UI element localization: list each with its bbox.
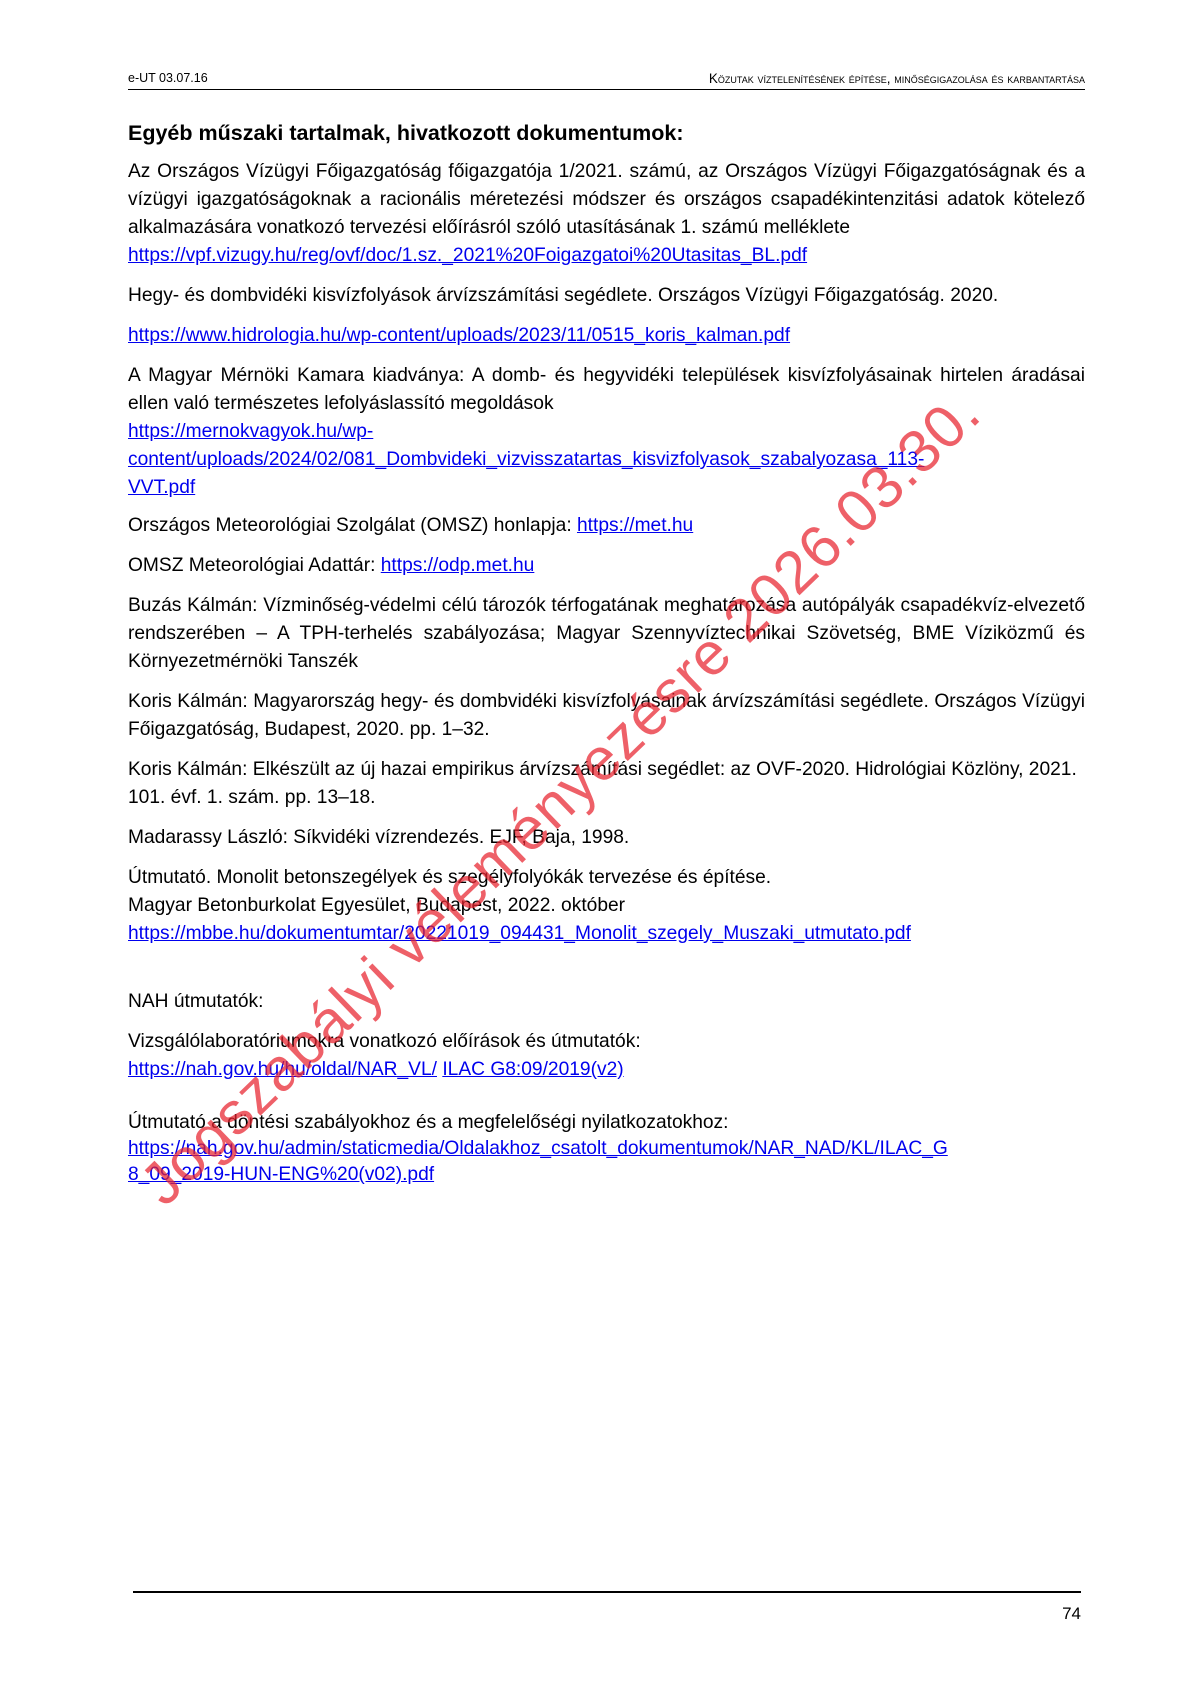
page-number: 74	[1062, 1604, 1081, 1624]
section-title: Egyéb műszaki tartalmak, hivatkozott dok…	[128, 118, 1085, 148]
reference-text: Útmutató. Monolit betonszegélyek és szeg…	[128, 867, 771, 888]
reference-nah-lab: Vizsgálólaboratóriumokra vonatkozó előír…	[128, 1028, 1085, 1084]
spacer	[128, 1096, 1085, 1110]
reference-buzas: Buzás Kálmán: Vízminőség-védelmi célú tá…	[128, 592, 1085, 676]
nah-vl-link[interactable]: https://nah.gov.hu/hu/oldal/NAR_VL/	[128, 1059, 437, 1080]
reference-text: Hegy- és dombvidéki kisvízfolyások árvíz…	[128, 285, 998, 306]
ovf-directive-link[interactable]: https://vpf.vizugy.hu/reg/ovf/doc/1.sz._…	[128, 245, 807, 266]
reference-publisher: Magyar Betonburkolat Egyesület, Budapest…	[128, 895, 625, 916]
omsz-link[interactable]: https://met.hu	[577, 515, 693, 536]
reference-ovf-directive: Az Országos Vízügyi Főigazgatóság főigaz…	[128, 158, 1085, 270]
reference-text: Koris Kálmán: Magyarország hegy- és domb…	[128, 691, 1085, 740]
reference-madarassy: Madarassy László: Síkvidéki vízrendezés.…	[128, 824, 1085, 852]
reference-text: OMSZ Meteorológiai Adattár:	[128, 555, 381, 576]
reference-nah-decision: Útmutató a döntési szabályokhoz és a meg…	[128, 1110, 1085, 1188]
reference-text: Vizsgálólaboratóriumokra vonatkozó előír…	[128, 1031, 641, 1052]
reference-mmk: A Magyar Mérnöki Kamara kiadványa: A dom…	[128, 362, 1085, 502]
page-header: e-UT 03.07.16 Közutak víztelenítésének é…	[128, 69, 1085, 90]
reference-koris-1: Koris Kálmán: Magyarország hegy- és domb…	[128, 688, 1085, 744]
document-code: e-UT 03.07.16	[128, 71, 208, 85]
reference-text: Útmutató a döntési szabályokhoz és a meg…	[128, 1112, 728, 1133]
reference-monolit: Útmutató. Monolit betonszegélyek és szeg…	[128, 864, 1085, 948]
reference-text: Madarassy László: Síkvidéki vízrendezés.…	[128, 827, 629, 848]
reference-text: Az Országos Vízügyi Főigazgatóság főigaz…	[128, 161, 1085, 238]
reference-omsz-adattar: OMSZ Meteorológiai Adattár: https://odp.…	[128, 552, 1085, 580]
document-title: Közutak víztelenítésének építése, minősé…	[709, 71, 1085, 86]
reference-text: A Magyar Mérnöki Kamara kiadványa: A dom…	[128, 365, 1085, 414]
reference-hidrologia: https://www.hidrologia.hu/wp-content/upl…	[128, 322, 1085, 350]
mmk-link[interactable]: https://mernokvagyok.hu/wp-content/uploa…	[128, 421, 924, 498]
reference-text: Buzás Kálmán: Vízminőség-védelmi célú tá…	[128, 595, 1085, 672]
hidrologia-link[interactable]: https://www.hidrologia.hu/wp-content/upl…	[128, 325, 790, 346]
document-page: e-UT 03.07.16 Közutak víztelenítésének é…	[0, 0, 1191, 1684]
omsz-adattar-link[interactable]: https://odp.met.hu	[381, 555, 535, 576]
ilac-g8-link[interactable]: ILAC G8:09/2019(v2)	[442, 1059, 623, 1080]
reference-text: Koris Kálmán: Elkészült az új hazai empi…	[128, 759, 1077, 808]
reference-omsz: Országos Meteorológiai Szolgálat (OMSZ) …	[128, 512, 1085, 540]
nah-heading: NAH útmutatók:	[128, 988, 1085, 1016]
reference-koris-2: Koris Kálmán: Elkészült az új hazai empi…	[128, 756, 1085, 812]
monolit-link[interactable]: https://mbbe.hu/dokumentumtar/20221019_0…	[128, 923, 911, 944]
reference-hegy-domb: Hegy- és dombvidéki kisvízfolyások árvíz…	[128, 282, 1085, 310]
spacer	[128, 960, 1085, 988]
nah-decision-link[interactable]: https://nah.gov.hu/admin/staticmedia/Old…	[128, 1138, 948, 1185]
reference-text: Országos Meteorológiai Szolgálat (OMSZ) …	[128, 515, 577, 536]
footer-divider	[133, 1591, 1081, 1593]
page-content: Egyéb műszaki tartalmak, hivatkozott dok…	[128, 118, 1085, 1200]
